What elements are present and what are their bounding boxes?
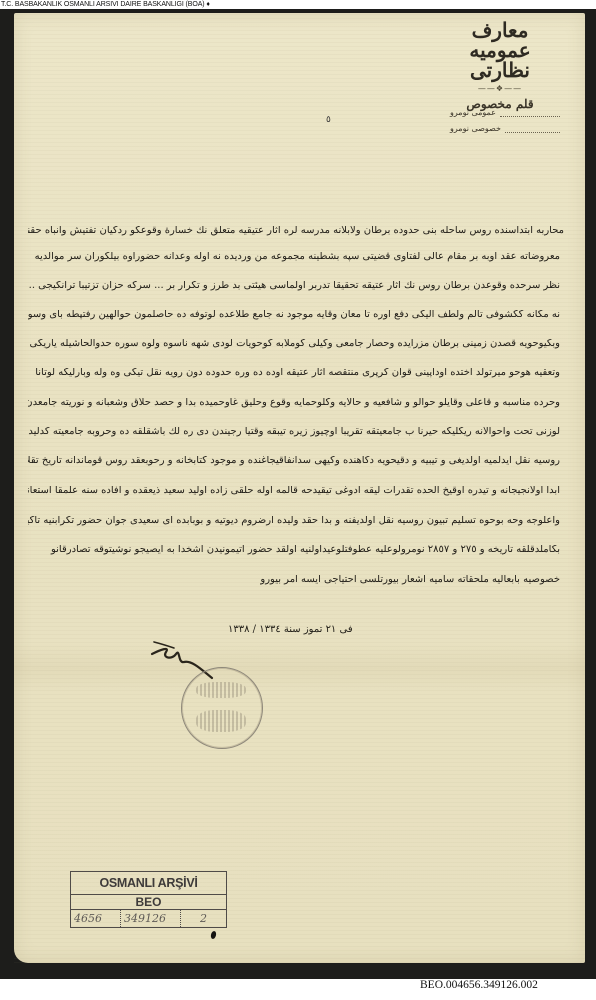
seal-inscription-bottom <box>196 710 246 732</box>
paper-fold <box>14 643 585 693</box>
body-line: معروضاته عقد اوبه بر مقام عالى لفتاوى قض… <box>28 252 560 262</box>
ref-special-line: خصوصی نومرو <box>450 124 560 133</box>
body-line: نه مكانه ككشوفی تالم ولطف الیکی دفع اوره… <box>28 310 560 320</box>
ref-general-dots <box>500 110 560 117</box>
body-line: لوزنی تحت واحوالانه ریكلیکه حیرنا ب جامع… <box>28 427 560 437</box>
body-line: واعلوجه وحه بوحوه تسلیم تبیون روسیه نقل … <box>28 516 560 526</box>
body-line: وبكیوحویه قصدن زمینی برطان مزرایده وحصار… <box>28 339 560 349</box>
ref-general-label: عمومی نومرو <box>450 108 496 117</box>
letterhead: معارف عمومیه نظارتی ——❖—— قلم مخصوص <box>445 20 555 111</box>
stamp-fond: BEO <box>71 895 226 910</box>
body-line: ابدا اولانجیجانه و تیدره اوقیخ الحده تقد… <box>28 486 560 496</box>
small-mark: ٥ <box>326 115 331 125</box>
stamp-title: OSMANLI ARŞİVİ <box>71 872 226 895</box>
stamp-numbers: 4656 349126 2 <box>71 910 226 927</box>
ref-special-label: خصوصی نومرو <box>450 124 501 133</box>
stamp-sira: 2 <box>181 910 226 927</box>
seal-inscription-top <box>196 682 246 698</box>
body-line: خصوصیه بابعالیه ملحقاته سامیه اشعار بیور… <box>260 575 560 585</box>
body-line: محاربه ابتداسنده روس ساحله بنی حدوده برط… <box>28 226 564 236</box>
ornament-divider: ——❖—— <box>445 84 555 93</box>
catalog-id: BEO.004656.349126.002 <box>420 979 538 991</box>
body-line: وتعقیه هوحو میرتولد اختده اوداپینی قوان … <box>28 368 560 378</box>
ref-special-dots <box>505 126 560 133</box>
archive-stamp: OSMANLI ARŞİVİ BEO 4656 349126 2 <box>70 871 227 928</box>
ref-general-line: عمومی نومرو <box>450 108 560 117</box>
archive-header-bar: T.C. BASBAKANLIK OSMANLI ARSIVI DAIRE BA… <box>0 0 198 9</box>
body-line: وحرده مناسبه و قاعلی وقایلو حوالو و شافع… <box>28 398 560 408</box>
ministry-title: معارف عمومیه نظارتی <box>445 20 555 80</box>
body-line: نظر سرحده وقوعدن برطان روس نك آثار عتیقه… <box>28 281 560 291</box>
body-line: روسیه نقل ایدلمیه اولدیغی و تیبیه و دقیح… <box>28 456 560 466</box>
date-line: فی ٢١ تموز سنة ١٣٣٤ / ١٣٣٨ <box>228 624 353 635</box>
archive-header-text: T.C. BASBAKANLIK OSMANLI ARSIVI DAIRE BA… <box>1 0 210 9</box>
body-line: بكاملدقلقه تاریخه و ٢٧٥ و ٢٨٥٧ نومرولوعل… <box>28 545 560 555</box>
official-seal-icon <box>181 667 263 749</box>
stamp-dossier: 4656 <box>71 910 121 927</box>
stamp-gomlek: 349126 <box>121 910 181 927</box>
